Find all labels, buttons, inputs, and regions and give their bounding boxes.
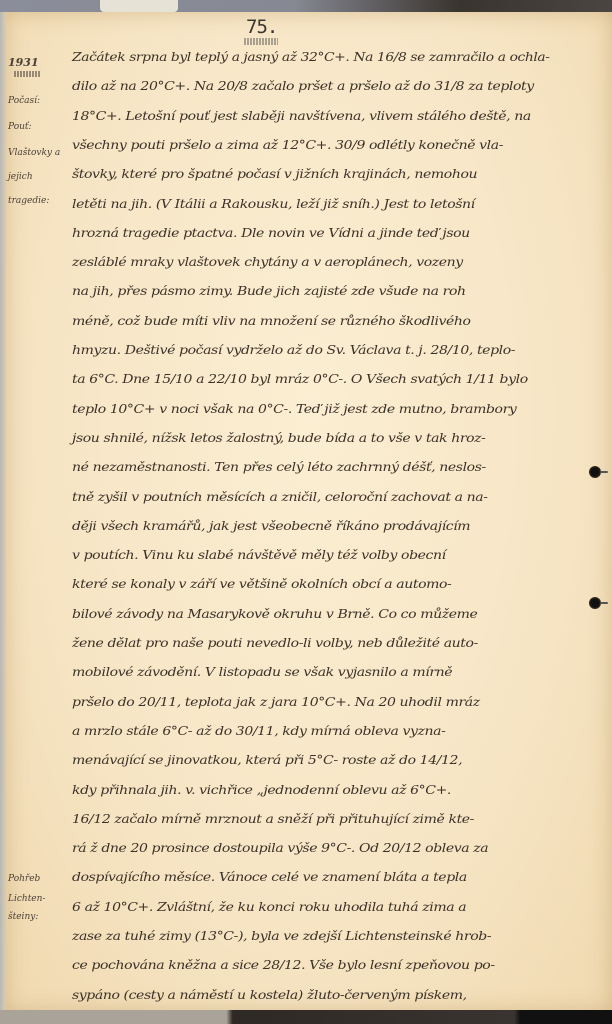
page-edge [0, 12, 6, 1012]
margin-note: Pouť: [8, 122, 32, 132]
text-line: sypáno (cesty a náměstí u kostela) žluto… [72, 988, 467, 1002]
text-line: žene dělat pro naše pouti nevedlo-li vol… [72, 636, 478, 650]
margin-note: Vlaštovky a [8, 148, 60, 158]
text-line: hrozná tragedie ptactva. Dle novin ve Ví… [72, 226, 470, 240]
page-number: 75. [246, 16, 277, 38]
text-line: zesláblé mraky vlaštovek chytány a v aer… [72, 255, 463, 269]
text-line: Začátek srpna byl teplý a jasný až 32°C+… [72, 50, 550, 64]
text-line: ději všech kramářů, jak jest všeobecně ř… [72, 519, 470, 533]
text-line: letěti na jih. (V Itálii a Rakousku, lež… [72, 197, 475, 211]
text-line: rá ž dne 20 prosince dostoupila výše 9°C… [72, 841, 488, 855]
text-line: ta 6°C. Dne 15/10 a 22/10 byl mráz 0°C-.… [72, 372, 528, 386]
text-line: pršelo do 20/11, teplota jak z jara 10°C… [72, 695, 480, 709]
text-line: které se konaly v září ve většině okolní… [72, 577, 451, 591]
margin-note: jejich [8, 172, 33, 182]
text-line: teplo 10°C+ v noci však na 0°C-. Teď již… [72, 402, 516, 416]
text-line: kdy přihnala jih. v. vichřice „jednodenn… [72, 783, 451, 797]
text-line: zase za tuhé zimy (13°C-), byla ve zdejš… [72, 929, 491, 943]
text-line: ce pochována kněžna a sice 28/12. Vše by… [72, 958, 495, 972]
margin-note: tragedie: [8, 196, 49, 206]
text-line: 6 až 10°C+. Zvláštní, že ku konci roku u… [72, 900, 466, 914]
text-line: a mrzlo stále 6°C- až do 30/11, kdy mírn… [72, 724, 445, 738]
text-line: tně zyšil v poutních měsících a zničil, … [72, 490, 488, 504]
text-line: dilo až na 20°C+. Na 20/8 začalo pršet a… [72, 79, 534, 93]
margin-note: šteiny: [8, 912, 38, 922]
text-line: jsou shnilé, nížsk letos žalostný, bude … [72, 431, 485, 445]
punch-hole [589, 597, 601, 609]
text-line: menávající se jinovatkou, která při 5°C-… [72, 753, 462, 767]
text-line: všechny pouti pršelo a zima až 12°C+. 30… [72, 138, 503, 152]
year-underline [14, 71, 40, 77]
text-line: v poutích. Vinu ku slabé návštěvě měly t… [72, 548, 446, 562]
margin-note: Pohřeb [8, 874, 40, 884]
binder-tab [100, 0, 178, 12]
margin-year: 1931 [8, 56, 39, 69]
page-number-stamp [244, 38, 278, 45]
text-line: méně, což bude míti vliv na množení se r… [72, 314, 471, 328]
text-line: mobilové závodění. V listopadu se však v… [72, 665, 452, 679]
text-line: bilové závody na Masarykově okruhu v Brn… [72, 607, 477, 621]
margin-note: Počasí: [8, 96, 40, 106]
chronicle-page [5, 12, 612, 1012]
text-line: na jih, přes pásmo zimy. Bude jich zajis… [72, 284, 466, 298]
text-line: né nezaměstnanosti. Ten přes celý léto z… [72, 460, 486, 474]
text-line: hmyzu. Deštivé počasí vydrželo až do Sv.… [72, 343, 515, 357]
text-line: 16/12 začalo mírně mrznout a sněží při p… [72, 812, 474, 826]
punch-hole [589, 466, 601, 478]
text-line: dospívajícího měsíce. Vánoce celé ve zna… [72, 870, 467, 884]
margin-note: Lichten- [8, 894, 45, 904]
background-bottom [0, 1010, 612, 1024]
text-line: 18°C+. Letošní pouť jest slaběji navštív… [72, 109, 531, 123]
text-line: štovky, které pro špatné počasí v jižníc… [72, 167, 477, 181]
